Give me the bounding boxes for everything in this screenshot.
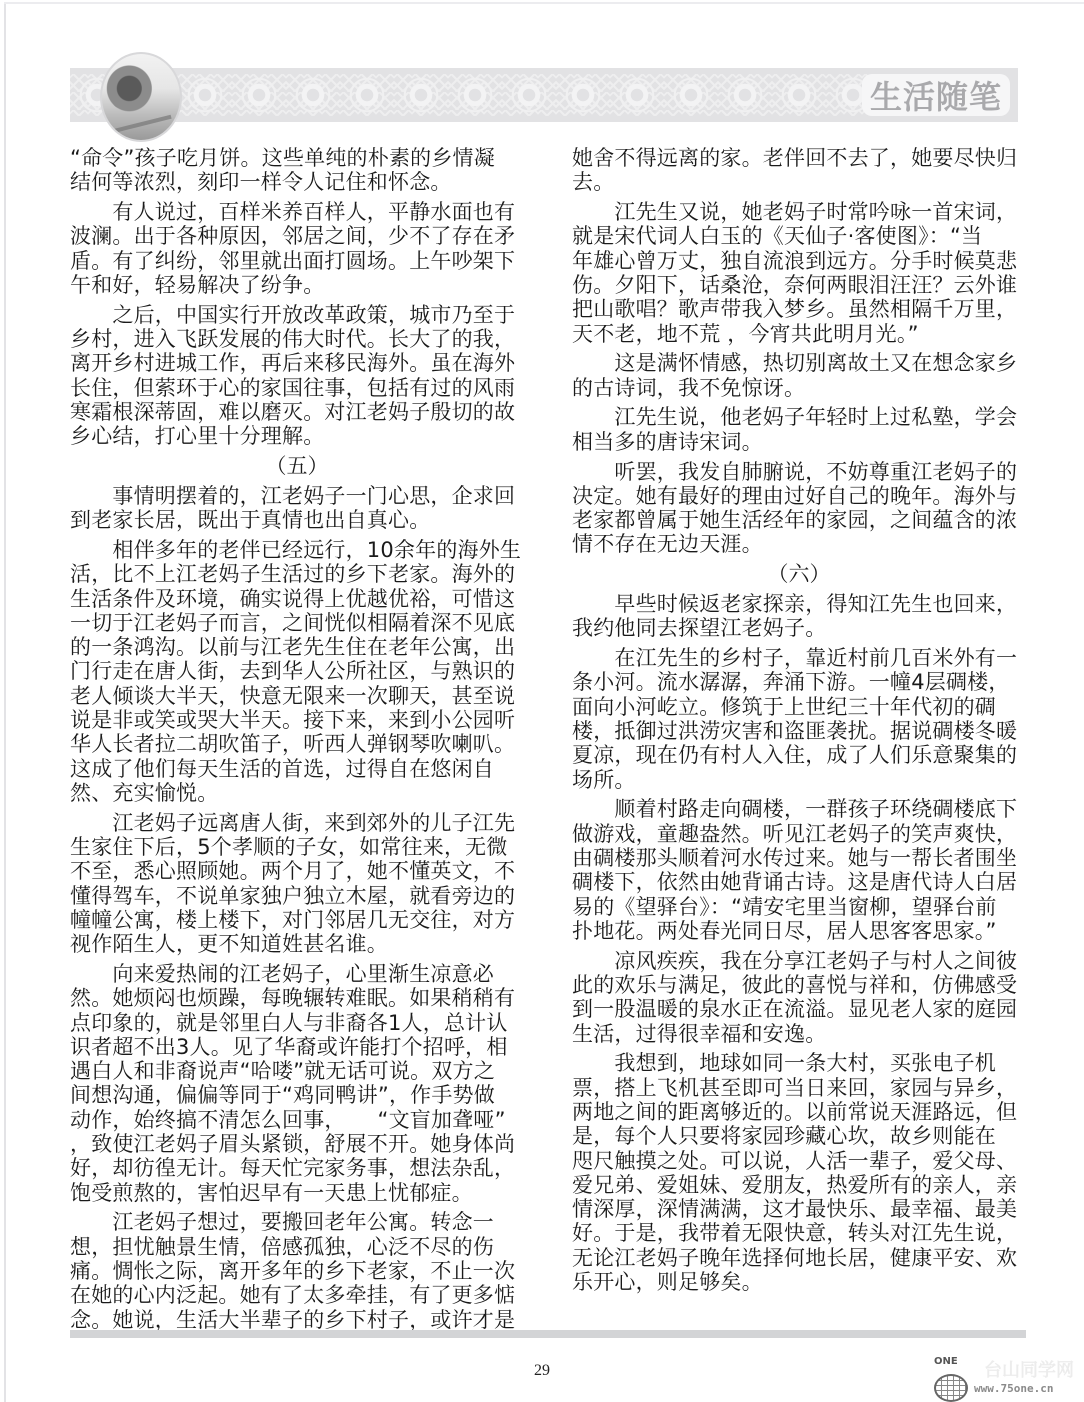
- paragraph: 向来爱热闹的江老妈子，心里渐生凉意必然。她烦闷也烦躁，每晚辗转难眠。如果稍稍有点…: [70, 962, 524, 1205]
- text-line: 活，比不上江老妈子生活过的乡下老家。海外的: [70, 562, 524, 586]
- floral-pattern: [70, 74, 868, 116]
- text-line: 早些时候返老家探亲，得知江先生也回来，: [572, 592, 1026, 616]
- paragraph: “命令”孩子吃月饼。这些单纯的朴素的乡情凝结何等浓烈，刻印一样令人记住和怀念。: [70, 146, 524, 195]
- text-line: 相伴多年的老伴已经远行，10余年的海外生: [70, 538, 524, 562]
- text-line: 有人说过，百样米养百样人，平静水面也有: [70, 200, 524, 224]
- paragraph: 江先生说，他老妈子年轻时上过私塾，学会相当多的唐诗宋词。: [572, 405, 1026, 454]
- text-line: 生活条件及环境，确实说得上优越优裕，可惜这: [70, 587, 524, 611]
- text-line: 盾。有了纠纷，邻里就出面打圆场。上午吵架下: [70, 249, 524, 273]
- page-number: 29: [0, 1362, 1084, 1380]
- text-line: 年雄心曾万丈，独自流浪到远方。分手时候莫悲: [572, 249, 1026, 273]
- text-line: “命令”孩子吃月饼。这些单纯的朴素的乡情凝: [70, 146, 524, 170]
- text-line: 事情明摆着的，江老妈子一门心思，企求回: [70, 484, 524, 508]
- text-line: 是，每个人只要将家园珍藏心坎，故乡则能在: [572, 1124, 1026, 1148]
- paragraph: 听罢，我发自肺腑说，不妨尊重江老妈子的决定。她有最好的理由过好自己的晚年。海外与…: [572, 460, 1026, 557]
- right-column: 她舍不得远离的家。老伴回不去了，她要尽快归去。 江先生又说，她老妈子时常吟咏一首…: [572, 146, 1026, 1300]
- text-line: 票，搭上飞机甚至即可当日来回，家园与异乡，: [572, 1076, 1026, 1100]
- text-line: 长住，但萦环于心的家国往事，包括有过的风雨: [70, 376, 524, 400]
- text-line: 间想沟通，偏偏等同于“鸡同鸭讲”，作手势做: [70, 1083, 524, 1107]
- text-line: 扑地花。两处春光同日尽，居人思客客思家。”: [572, 919, 1026, 943]
- text-line: 遇白人和非裔说声“哈喽”就无话可说。双方之: [70, 1059, 524, 1083]
- paragraph: 相伴多年的老伴已经远行，10余年的海外生活，比不上江老妈子生活过的乡下老家。海外…: [70, 538, 524, 805]
- section-title: 生活随笔: [870, 72, 1002, 118]
- text-line: 碉楼下，依然由她背诵古诗。这是唐代诗人白居: [572, 870, 1026, 894]
- text-line: 江老妈子想过，要搬回老年公寓。转念一: [70, 1210, 524, 1234]
- text-line: 爱兄弟、爱姐妹、爱朋友，热爱所有的亲人，亲: [572, 1173, 1026, 1197]
- text-line: 结何等浓烈，刻印一样令人记住和怀念。: [70, 170, 524, 194]
- text-line: 门行走在唐人街，去到华人公所社区，与熟识的: [70, 659, 524, 683]
- watermark-site-name: 台山同学网: [984, 1356, 1074, 1382]
- text-line: 这成了他们每天生活的首选，过得自在悠闲自: [70, 757, 524, 781]
- text-line: 生家住下后，5个孝顺的子女，如常往来，无微: [70, 835, 524, 859]
- paragraph: 这是满怀情感，热切别离故土又在想念家乡的古诗词，我不免惊讶。: [572, 351, 1026, 400]
- text-line: 相当多的唐诗宋词。: [572, 430, 1026, 454]
- paragraph: 早些时候返老家探亲，得知江先生也回来，我约他同去探望江老妈子。: [572, 592, 1026, 641]
- text-line: 决定。她有最好的理由过好自己的晚年。海外与: [572, 484, 1026, 508]
- globe-icon: [934, 1374, 968, 1402]
- section-heading: （五）: [70, 454, 524, 478]
- text-line: 江先生又说，她老妈子时常吟咏一首宋词，: [572, 200, 1026, 224]
- page-edge: [4, 2, 1084, 4]
- text-line: 不至，悉心照顾她。两个月了，她不懂英文，不: [70, 859, 524, 883]
- text-line: 两地之间的距离够近的。以前常说天涯路远，但: [572, 1100, 1026, 1124]
- text-line: 动作，始终搞不清怎么回事， “文盲加聋哑”: [70, 1108, 524, 1132]
- paragraph: 之后，中国实行开放改革政策，城市乃至于乡村，进入飞跃发展的伟大时代。长大了的我，…: [70, 303, 524, 449]
- text-line: 做游戏，童趣盎然。听见江老妈子的笑声爽快，: [572, 822, 1026, 846]
- paragraph: 顺着村路走向碉楼，一群孩子环绕碉楼底下做游戏，童趣盎然。听见江老妈子的笑声爽快，…: [572, 797, 1026, 943]
- text-line: 情深厚，深情满满，这才最快乐、最幸福、最美: [572, 1197, 1026, 1221]
- text-line: 然。她烦闷也烦躁，每晚辗转难眠。如果稍稍有: [70, 986, 524, 1010]
- text-line: 咫尺触摸之处。可以说，人活一辈子，爱父母、: [572, 1149, 1026, 1173]
- section-heading: （六）: [572, 562, 1026, 586]
- text-line: 伤。夕阳下，话桑沧，奈何两眼泪汪汪？云外谁: [572, 273, 1026, 297]
- text-line: 痛。惆怅之际，离开多年的乡下老家，不止一次: [70, 1259, 524, 1283]
- text-line: 由碉楼那头顺着河水传过来。她与一帮长者围坐: [572, 846, 1026, 870]
- text-line: 凉风疾疾，我在分享江老妈子与村人之间彼: [572, 949, 1026, 973]
- text-line: 此的欢乐与满足，彼此的喜悦与祥和，仿佛感受: [572, 973, 1026, 997]
- text-line: 易的《望驿台》：“靖安宅里当窗柳，望驿台前: [572, 895, 1026, 919]
- text-line: 就是宋代词人白玉的《天仙子·客使图》：“当: [572, 224, 1026, 248]
- text-line: 在她的心内泛起。她有了太多牵挂，有了更多惦: [70, 1283, 524, 1307]
- text-line: 我想到，地球如同一条大村，买张电子机: [572, 1051, 1026, 1075]
- text-line: 点印象的，就是邻里白人与非裔各1人，总计认: [70, 1011, 524, 1035]
- text-line: 之后，中国实行开放改革政策，城市乃至于: [70, 303, 524, 327]
- text-line: 条小河。流水潺潺，奔涌下游。一幢4层碉楼，: [572, 670, 1026, 694]
- paragraph: 有人说过，百样米养百样人，平静水面也有波澜。出于各种原因，邻居之间，少不了存在矛…: [70, 200, 524, 297]
- text-line: 听罢，我发自肺腑说，不妨尊重江老妈子的: [572, 460, 1026, 484]
- text-line: 她舍不得远离的家。老伴回不去了，她要尽快归: [572, 146, 1026, 170]
- text-line: 一切于江老妈子而言，之间恍似相隔着深不见底: [70, 611, 524, 635]
- text-line: 去。: [572, 170, 1026, 194]
- text-line: 情不存在无边天涯。: [572, 532, 1026, 556]
- banner-strip: 生活随笔: [70, 68, 1018, 122]
- text-line: 无论江老妈子晚年选择何地长居，健康平安、欢: [572, 1246, 1026, 1270]
- text-line: 幢幢公寓，楼上楼下，对门邻居几无交往，对方: [70, 908, 524, 932]
- text-line: 好，却彷徨无计。每天忙完家务事，想法杂乱，: [70, 1156, 524, 1180]
- text-line: 视作陌生人，更不知道姓甚名谁。: [70, 932, 524, 956]
- section-title-box: 生活随笔: [862, 74, 1010, 116]
- paragraph: 我想到，地球如同一条大村，买张电子机票，搭上飞机甚至即可当日来回，家园与异乡，两…: [572, 1051, 1026, 1294]
- text-line: 江先生说，他老妈子年轻时上过私塾，学会: [572, 405, 1026, 429]
- text-line: ，致使江老妈子眉头紧锁，舒展不开。她身体尚: [70, 1132, 524, 1156]
- paragraph: 在江先生的乡村子，靠近村前几百米外有一条小河。流水潺潺，奔涌下游。一幢4层碉楼，…: [572, 646, 1026, 792]
- text-line: 生活，过得很幸福和安逸。: [572, 1022, 1026, 1046]
- paragraph: 江先生又说，她老妈子时常吟咏一首宋词，就是宋代词人白玉的《天仙子·客使图》：“当…: [572, 200, 1026, 346]
- text-line: 的古诗词，我不免惊讶。: [572, 376, 1026, 400]
- text-line: 乡心结，打心里十分理解。: [70, 424, 524, 448]
- page-edge: [4, 2, 6, 1402]
- text-line: 这是满怀情感，热切别离故土又在想念家乡: [572, 351, 1026, 375]
- text-line: 场所。: [572, 768, 1026, 792]
- text-line: 我约他同去探望江老妈子。: [572, 616, 1026, 640]
- text-line: 到一股温暖的泉水正在流溢。显见老人家的庭园: [572, 997, 1026, 1021]
- text-line: 把山歌唱？歌声带我入梦乡。虽然相隔千万里，: [572, 297, 1026, 321]
- text-line: 说是非或笑或哭大半天。接下来，来到小公园听: [70, 708, 524, 732]
- paragraph: 凉风疾疾，我在分享江老妈子与村人之间彼此的欢乐与满足，彼此的喜悦与祥和，仿佛感受…: [572, 949, 1026, 1046]
- paragraph: 江老妈子远离唐人街，来到郊外的儿子江先生家住下后，5个孝顺的子女，如常往来，无微…: [70, 811, 524, 957]
- text-line: 到老家长居，既出于真情也出自真心。: [70, 508, 524, 532]
- left-column: “命令”孩子吃月饼。这些单纯的朴素的乡情凝结何等浓烈，刻印一样令人记住和怀念。 …: [70, 146, 524, 1337]
- text-line: 波澜。出于各种原因，邻居之间，少不了存在矛: [70, 224, 524, 248]
- footer-rule: [70, 1330, 1026, 1338]
- one-globe-logo-icon: ONE: [928, 1356, 972, 1400]
- text-line: 夏凉，现在仍有村人入住，成了人们乐意聚集的: [572, 743, 1026, 767]
- text-line: 午和好，轻易解决了纷争。: [70, 273, 524, 297]
- text-line: 在江先生的乡村子，靠近村前几百米外有一: [572, 646, 1026, 670]
- text-line: 的一条鸿沟。以前与江老先生住在老年公寓，出: [70, 635, 524, 659]
- text-line: 楼，抵御过洪涝灾害和盗匪袭扰。据说碉楼冬暖: [572, 719, 1026, 743]
- text-line: 老家都曾属于她生活经年的家园，之间蕴含的浓: [572, 508, 1026, 532]
- text-line: 乡村，进入飞跃发展的伟大时代。长大了的我，: [70, 327, 524, 351]
- text-line: 华人长者拉二胡吹笛子，听西人弹钢琴吹喇叭。: [70, 732, 524, 756]
- text-line: 然、充实愉悦。: [70, 781, 524, 805]
- text-line: 江老妈子远离唐人街，来到郊外的儿子江先: [70, 811, 524, 835]
- site-watermark: ONE 台山同学网 www.75one.cn: [926, 1356, 1084, 1400]
- text-line: 向来爱热闹的江老妈子，心里渐生凉意必: [70, 962, 524, 986]
- text-line: 饱受煎熬的，害怕迟早有一天患上忧郁症。: [70, 1181, 524, 1205]
- text-line: 好。于是，我带着无限快意，转头对江先生说，: [572, 1221, 1026, 1245]
- text-line: 乐开心，则足够矣。: [572, 1270, 1026, 1294]
- text-line: 念。她说，生活大半辈子的乡下村子，或许才是: [70, 1308, 524, 1332]
- paragraph: 她舍不得远离的家。老伴回不去了，她要尽快归去。: [572, 146, 1026, 195]
- paragraph: 江老妈子想过，要搬回老年公寓。转念一想，担忧触景生情，倍感孤独，心泛不尽的伤痛。…: [70, 1210, 524, 1331]
- landscape-medallion-image: [100, 52, 182, 142]
- text-line: 面向小河屹立。修筑于上世纪三十年代初的碉: [572, 695, 1026, 719]
- text-line: 天不老，地不荒 ，今宵共此明月光。”: [572, 322, 1026, 346]
- text-line: 识者超不出3人。见了华裔或许能打个招呼，相: [70, 1035, 524, 1059]
- watermark-url: www.75one.cn: [974, 1382, 1053, 1395]
- text-line: 想，担忧触景生情，倍感孤独，心泛不尽的伤: [70, 1235, 524, 1259]
- text-line: 寒霜根深蒂固，难以磨灭。对江老妈子殷切的故: [70, 400, 524, 424]
- text-line: 顺着村路走向碉楼，一群孩子环绕碉楼底下: [572, 797, 1026, 821]
- text-line: 老人倾谈大半天，快意无限来一次聊天，甚至说: [70, 684, 524, 708]
- paragraph: 事情明摆着的，江老妈子一门心思，企求回到老家长居，既出于真情也出自真心。: [70, 484, 524, 533]
- logo-text: ONE: [934, 1356, 958, 1367]
- text-line: 懂得驾车，不说单家独户独立木屋，就看旁边的: [70, 884, 524, 908]
- text-line: 离开乡村进城工作，再后来移民海外。虽在海外: [70, 351, 524, 375]
